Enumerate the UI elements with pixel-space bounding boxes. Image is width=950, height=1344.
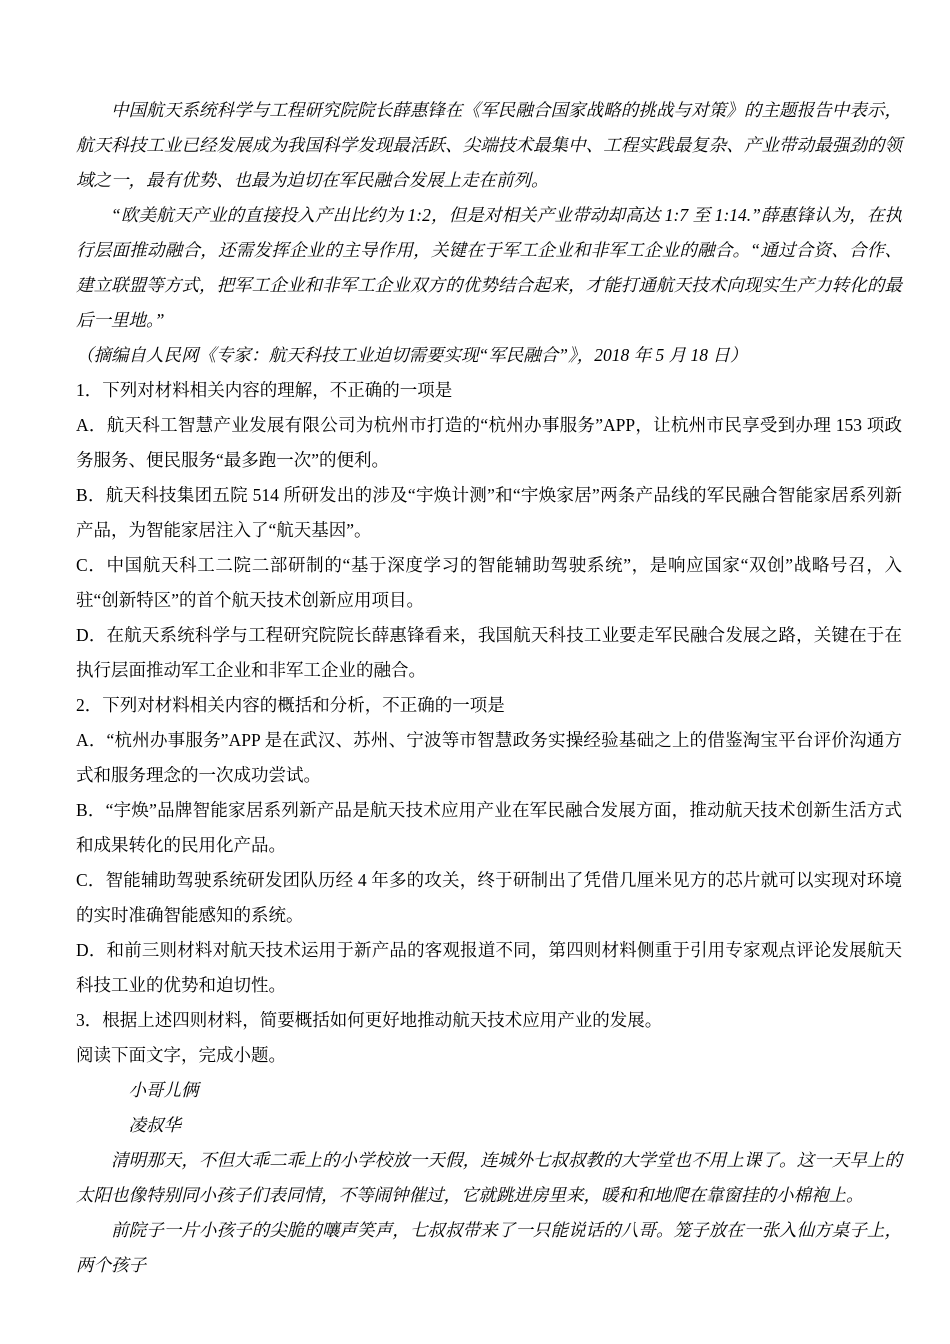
material-paragraph-1: 中国航天系统科学与工程研究院院长薛惠锋在《军民融合国家战略的挑战与对策》的主题报… [76, 93, 902, 198]
question-1-option-c: C．中国航天科工二院二部研制的“基于深度学习的智能辅助驾驶系统”，是响应国家“双… [76, 548, 902, 618]
document-page: 中国航天系统科学与工程研究院院长薛惠锋在《军民融合国家战略的挑战与对策》的主题报… [0, 0, 950, 1344]
question-1-stem: 1．下列对材料相关内容的理解，不正确的一项是 [76, 373, 902, 408]
reading-instruction: 阅读下面文字，完成小题。 [76, 1038, 902, 1073]
material-paragraph-2: “欧美航天产业的直接投入产出比约为 1:2，但是对相关产业带动却高达 1:7 至… [76, 198, 902, 338]
story-title: 小哥儿俩 [76, 1073, 902, 1108]
question-1-option-b: B．航天科技集团五院 514 所研发出的涉及“宇焕计测”和“宇焕家居”两条产品线… [76, 478, 902, 548]
question-2-option-d: D．和前三则材料对航天技术运用于新产品的客观报道不同，第四则材料侧重于引用专家观… [76, 933, 902, 1003]
question-2-stem: 2．下列对材料相关内容的概括和分析，不正确的一项是 [76, 688, 902, 723]
question-1-option-a: A．航天科工智慧产业发展有限公司为杭州市打造的“杭州办事服务”APP，让杭州市民… [76, 408, 902, 478]
story-paragraph-2: 前院子一片小孩子的尖脆的嚷声笑声，七叔叔带来了一只能说话的八哥。笼子放在一张入仙… [76, 1213, 902, 1283]
question-3-stem: 3．根据上述四则材料，简要概括如何更好地推动航天技术应用产业的发展。 [76, 1003, 902, 1038]
question-2-option-c: C．智能辅助驾驶系统研发团队历经 4 年多的攻关，终于研制出了凭借几厘米见方的芯… [76, 863, 902, 933]
question-1-option-d: D．在航天系统科学与工程研究院院长薛惠锋看来，我国航天科技工业要走军民融合发展之… [76, 618, 902, 688]
source-attribution: （摘编自人民网《专家：航天科技工业迫切需要实现“军民融合”》，2018 年 5 … [76, 338, 902, 373]
story-paragraph-1: 清明那天，不但大乖二乖上的小学校放一天假，连城外七叔叔教的大学堂也不用上课了。这… [76, 1143, 902, 1213]
question-2-option-a: A．“杭州办事服务”APP 是在武汉、苏州、宁波等市智慧政务实操经验基础之上的借… [76, 723, 902, 793]
story-author: 凌叔华 [76, 1108, 902, 1143]
question-2-option-b: B．“宇焕”品牌智能家居系列新产品是航天技术应用产业在军民融合发展方面，推动航天… [76, 793, 902, 863]
